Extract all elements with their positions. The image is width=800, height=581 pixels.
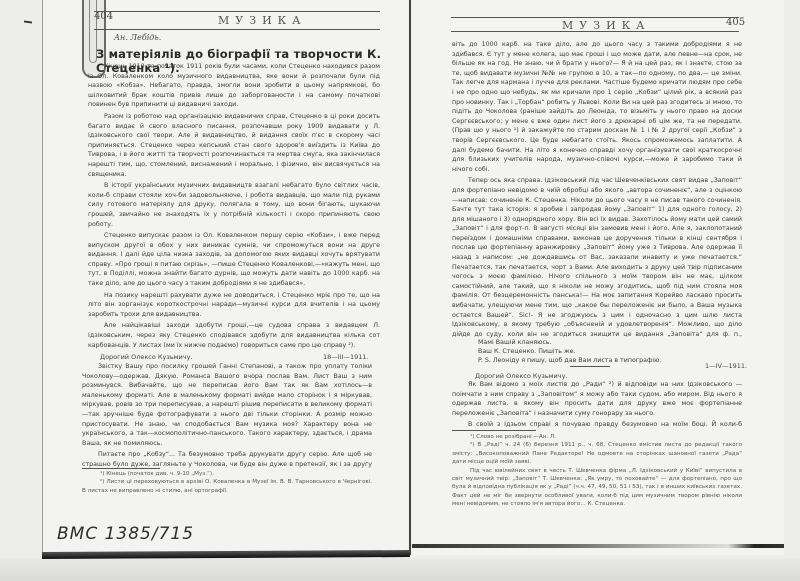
- header-rule-bottom: [94, 29, 380, 30]
- left-footnotes: ¹) Кінець (початок див. ч. 9-10 „Муз.“).…: [82, 470, 372, 495]
- left-body-text: Кінець 1910 та початок 1911 років були ч…: [88, 62, 380, 350]
- paragraph: В історії українських музичних видавницт…: [88, 181, 380, 229]
- header-rule-top: [94, 11, 380, 12]
- footnote: ¹) Слово не розібрані —Ан. Л.: [452, 433, 742, 441]
- footnote: ²) В „Раді“ ч. 24 (6) березня 1911 р., ч…: [452, 441, 742, 466]
- letter-text: Звістку Вашу про посилку грошей Ганні Ст…: [82, 362, 372, 470]
- right-footnotes: ¹) Слово не розібрані —Ан. Л. ²) В „Раді…: [452, 433, 742, 509]
- left-running-header: МУЗИКА: [218, 14, 307, 27]
- paragraph: В своїй з Ідзьом справі я почуваю правду…: [452, 420, 742, 428]
- paragraph: На позику нарешті рахувати дуже не довод…: [88, 291, 380, 320]
- signature: Ваш К. Стеценко. Пишіть же.: [478, 347, 738, 356]
- letter-salutation: Дорогий Олексо Кузьмичу.: [475, 372, 568, 380]
- paragraph: віть до 1000 карб. на таке діло, але до …: [452, 40, 742, 174]
- footnote: ¹) Кінець (початок див. ч. 9-10 „Муз.“).: [82, 470, 372, 478]
- letter-text: Як Вам відомо з моїх листів до „Ради“ ²)…: [452, 380, 742, 428]
- paragraph: Але найцікавіші заходи здобути гроші,—це…: [88, 321, 380, 350]
- paragraph: Кінець 1910 та початок 1911 років були ч…: [88, 62, 380, 110]
- postscript: P. S. Леоніду я пишу, щоб дав Вам листа …: [478, 356, 738, 365]
- header-rule-bottom: [451, 31, 739, 32]
- footnote: Під час ювілейних свят в честь Т. Шевчен…: [452, 467, 742, 509]
- page-gutter: [409, 0, 411, 555]
- page-bottom-edge-shadow: [412, 544, 784, 548]
- footnote: ²) Листи ці переховуються в архіві О. Ко…: [82, 478, 372, 495]
- paragraph: Стеценко випускає разом із Ол. Коваленко…: [88, 231, 380, 289]
- letter-date: 1—IV—1911.: [705, 362, 747, 370]
- letter-closing: Мамі Вашій кланяюсь. Ваш К. Стеценко. Пи…: [478, 338, 738, 368]
- scanner-bed-strip: [0, 558, 800, 581]
- paragraph: Тепер ось яка справа. Ідзіковський під ч…: [452, 176, 742, 338]
- handwritten-catalog-number: ВМС 1385/715: [57, 524, 194, 544]
- letter-date: 18—III—1911.: [323, 353, 369, 361]
- paragraph: Звістку Вашу про посилку грошей Ганні Ст…: [82, 362, 372, 448]
- right-body-text: віть до 1000 карб. на таке діло, але до …: [452, 40, 742, 338]
- closing-line: Мамі Вашій кланяюсь.: [478, 338, 738, 347]
- footnote-rule: [452, 430, 536, 431]
- header-rule-top: [451, 17, 739, 18]
- left-page-number: 404: [94, 11, 113, 22]
- footnote-rule: [82, 468, 160, 469]
- separator-rule: [570, 366, 610, 367]
- paragraph: Як Вам відомо з моїх листів до „Ради“ ²)…: [452, 380, 742, 418]
- letter-salutation: Дорогий Олексо Кузьмичу.: [100, 353, 193, 361]
- article-author: Ан. Лебідь.: [114, 33, 161, 42]
- paragraph: Разом із роботою над організацією видавн…: [88, 112, 380, 179]
- right-page-number: 405: [726, 17, 745, 28]
